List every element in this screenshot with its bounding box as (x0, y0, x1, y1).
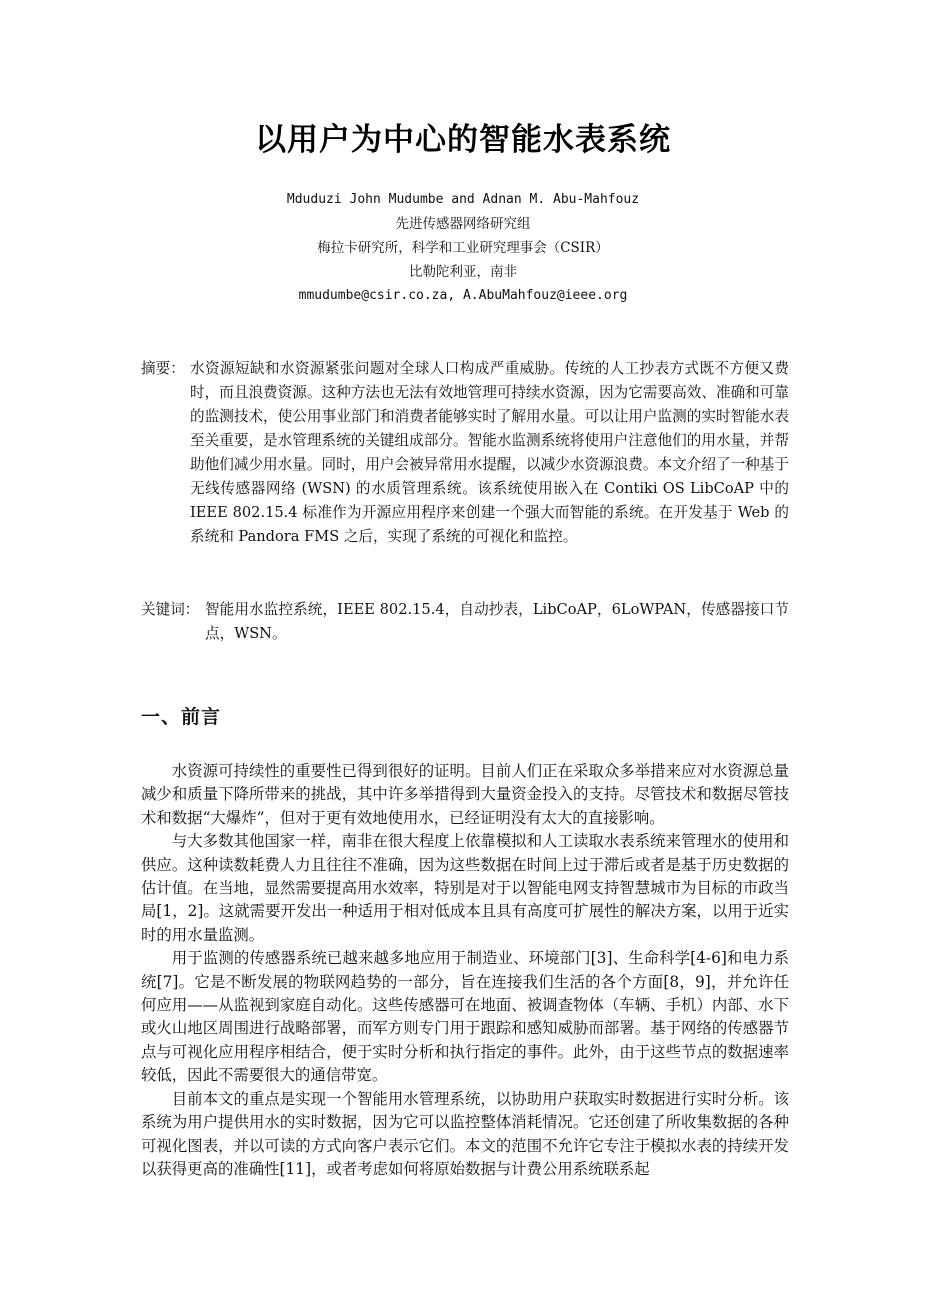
paragraph: 目前本文的重点是实现一个智能用水管理系统，以协助用户获取实时数据进行实时分析。该… (141, 1088, 789, 1182)
abstract: 摘要： 水资源短缺和水资源紧张问题对全球人口构成严重威胁。传统的人工抄表方式既不… (141, 357, 789, 549)
affiliation-institute: 梅拉卡研究所，科学和工业研究理事会（CSIR） (0, 236, 926, 260)
abstract-text: 水资源短缺和水资源紧张问题对全球人口构成严重威胁。传统的人工抄表方式既不方便又费… (190, 357, 789, 549)
abstract-label: 摘要： (141, 357, 190, 549)
paragraph: 水资源可持续性的重要性已得到很好的证明。目前人们正在采取众多举措来应对水资源总量… (141, 760, 789, 830)
paragraph: 用于监测的传感器系统已越来越多地应用于制造业、环境部门[3]、生命科学[4-6]… (141, 947, 789, 1087)
section-heading-introduction: 一、前言 (141, 702, 221, 729)
keywords: 关键词： 智能用水监控系统，IEEE 802.15.4，自动抄表，LibCoAP… (141, 598, 789, 646)
paper-title: 以用户为中心的智能水表系统 (0, 114, 926, 159)
keywords-label: 关键词： (141, 598, 205, 646)
paper-page: 以用户为中心的智能水表系统 Mduduzi John Mudumbe and A… (0, 0, 926, 1309)
author-names: Mduduzi John Mudumbe and Adnan M. Abu-Ma… (0, 188, 926, 212)
section-body-introduction: 水资源可持续性的重要性已得到很好的证明。目前人们正在采取众多举措来应对水资源总量… (141, 760, 789, 1181)
keywords-text: 智能用水监控系统，IEEE 802.15.4，自动抄表，LibCoAP，6LoW… (205, 598, 789, 646)
affiliation-location: 比勒陀利亚，南非 (0, 260, 926, 284)
author-emails: mmudumbe@csir.co.za, A.AbuMahfouz@ieee.o… (0, 284, 926, 308)
paragraph: 与大多数其他国家一样，南非在很大程度上依靠模拟和人工读取水表系统来管理水的使用和… (141, 830, 789, 947)
affiliation-group: 先进传感器网络研究组 (0, 212, 926, 236)
author-block: Mduduzi John Mudumbe and Adnan M. Abu-Ma… (0, 188, 926, 308)
